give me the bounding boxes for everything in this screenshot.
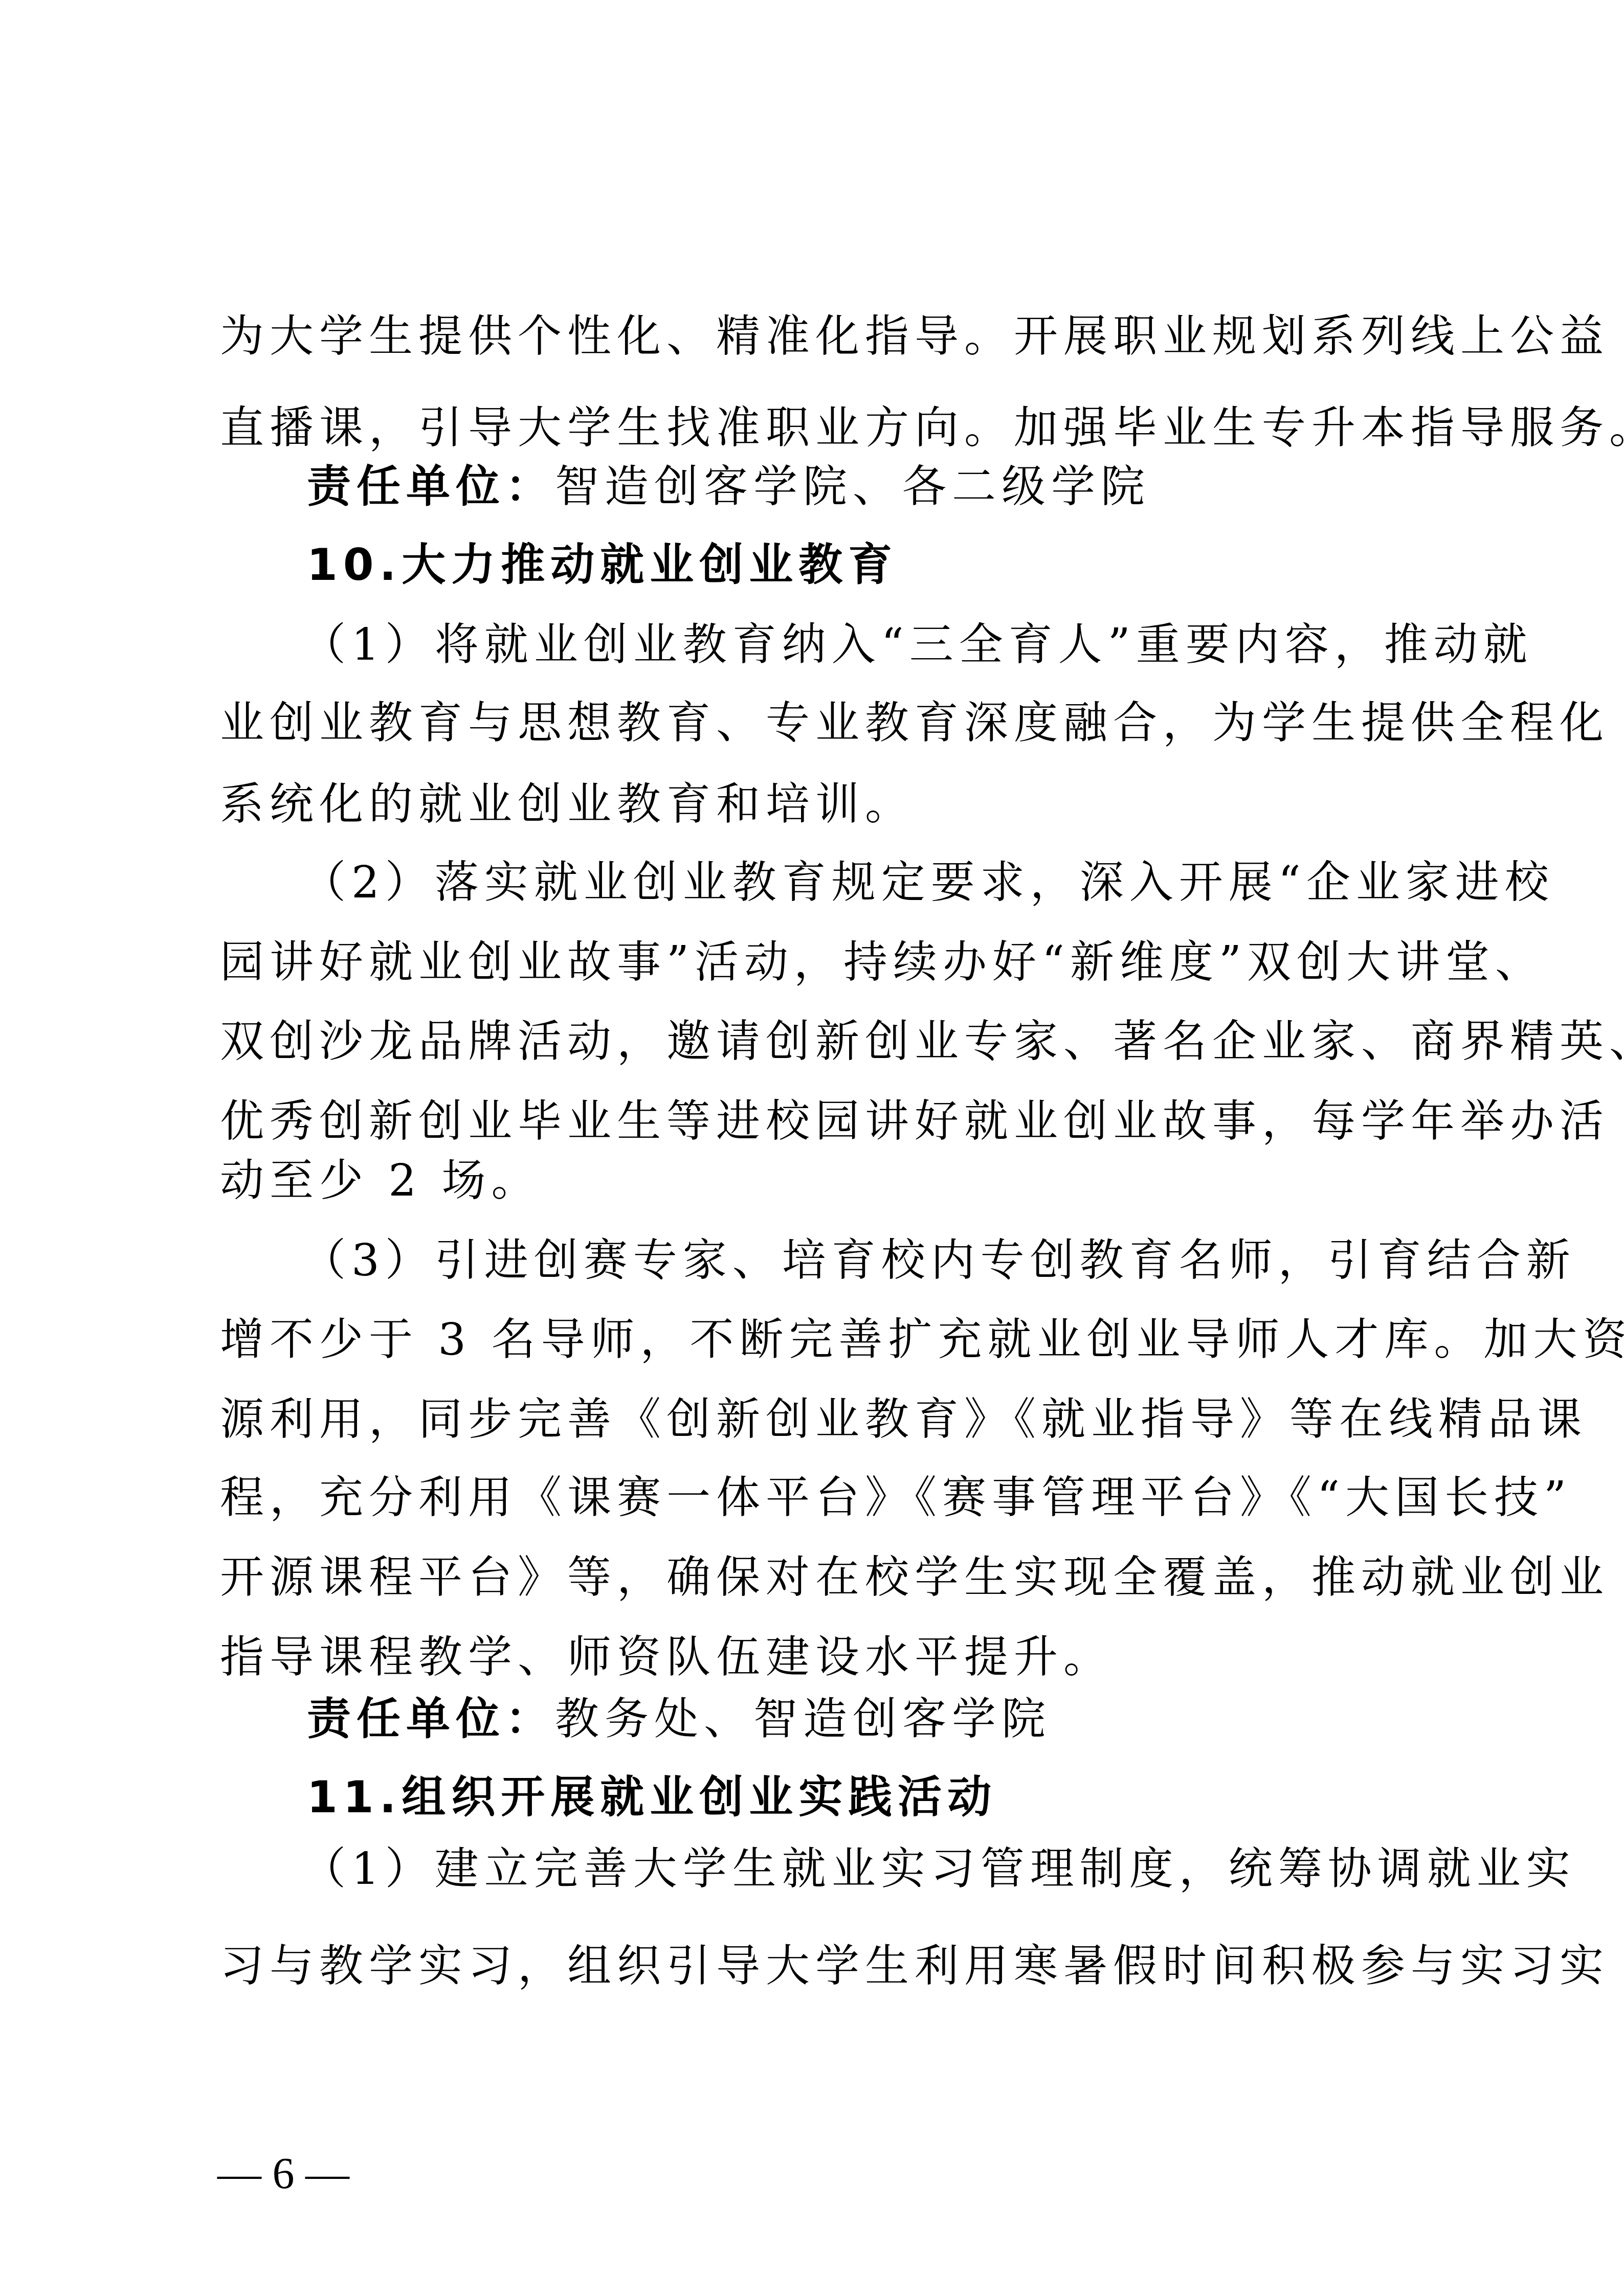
page-number: — 6 — <box>217 2148 349 2199</box>
paragraph-line: 动至少 2 场。 <box>220 1155 541 1206</box>
paragraph-line: （3）引进创赛专家、培育校内专创教育名师，引育结合新 <box>302 1235 1576 1286</box>
paragraph-line: 指导课程教学、师资队伍建设水平提升。 <box>220 1632 1113 1683</box>
document-page: 为大学生提供个性化、精准化指导。开展职业规划系列线上公益 直播课，引导大学生找准… <box>0 0 1624 2296</box>
paragraph-line: （2）落实就业创业教育规定要求，深入开展“企业家进校 <box>302 857 1554 908</box>
paragraph-line: 园讲好就业创业故事”活动，持续办好“新维度”双创大讲堂、 <box>220 937 1545 988</box>
paragraph-line: （1）将就业创业教育纳入“三全育人”重要内容，推动就 <box>302 619 1533 670</box>
responsibility-units: 教务处、智造创客学院 <box>555 1694 1051 1745</box>
paragraph-line: 系统化的就业创业教育和培训。 <box>220 779 915 830</box>
responsibility-line: 责任单位：智造创客学院、各二级学院 <box>307 461 1150 512</box>
paragraph-line: 业创业教育与思想教育、专业教育深度融合，为学生提供全程化 <box>220 697 1609 749</box>
responsibility-label: 责任单位： <box>307 1694 555 1745</box>
paragraph-line: （1）建立完善大学生就业实习管理制度，统筹协调就业实 <box>302 1843 1576 1895</box>
paragraph-line: 源利用，同步完善《创新创业教育》《就业指导》等在线精品课 <box>220 1394 1587 1445</box>
paragraph-line: 习与教学实习，组织引导大学生利用寒暑假时间积极参与实习实 <box>220 1941 1609 1992</box>
paragraph-line: 增不少于 3 名导师，不断完善扩充就业创业导师人才库。加大资 <box>220 1314 1624 1365</box>
paragraph-line: 优秀创新创业毕业生等进校园讲好就业创业故事，每学年举办活 <box>220 1096 1609 1147</box>
section-heading-10: 10.大力推动就业创业教育 <box>307 539 898 591</box>
paragraph-line: 开源课程平台》等，确保对在校学生实现全覆盖，推动就业创业 <box>220 1552 1609 1603</box>
paragraph-line: 为大学生提供个性化、精准化指导。开展职业规划系列线上公益 <box>220 311 1609 362</box>
paragraph-line: 双创沙龙品牌活动，邀请创新创业专家、著名企业家、商界精英、 <box>220 1016 1624 1067</box>
responsibility-label: 责任单位： <box>307 461 555 512</box>
responsibility-units: 智造创客学院、各二级学院 <box>555 461 1150 512</box>
section-heading-11: 11.组织开展就业创业实践活动 <box>307 1772 997 1823</box>
paragraph-line: 直播课，引导大学生找准职业方向。加强毕业生专升本指导服务。 <box>220 402 1624 454</box>
paragraph-line: 程，充分利用《课赛一体平台》《赛事管理平台》《“大国长技” <box>220 1472 1572 1523</box>
responsibility-line: 责任单位：教务处、智造创客学院 <box>307 1694 1051 1745</box>
